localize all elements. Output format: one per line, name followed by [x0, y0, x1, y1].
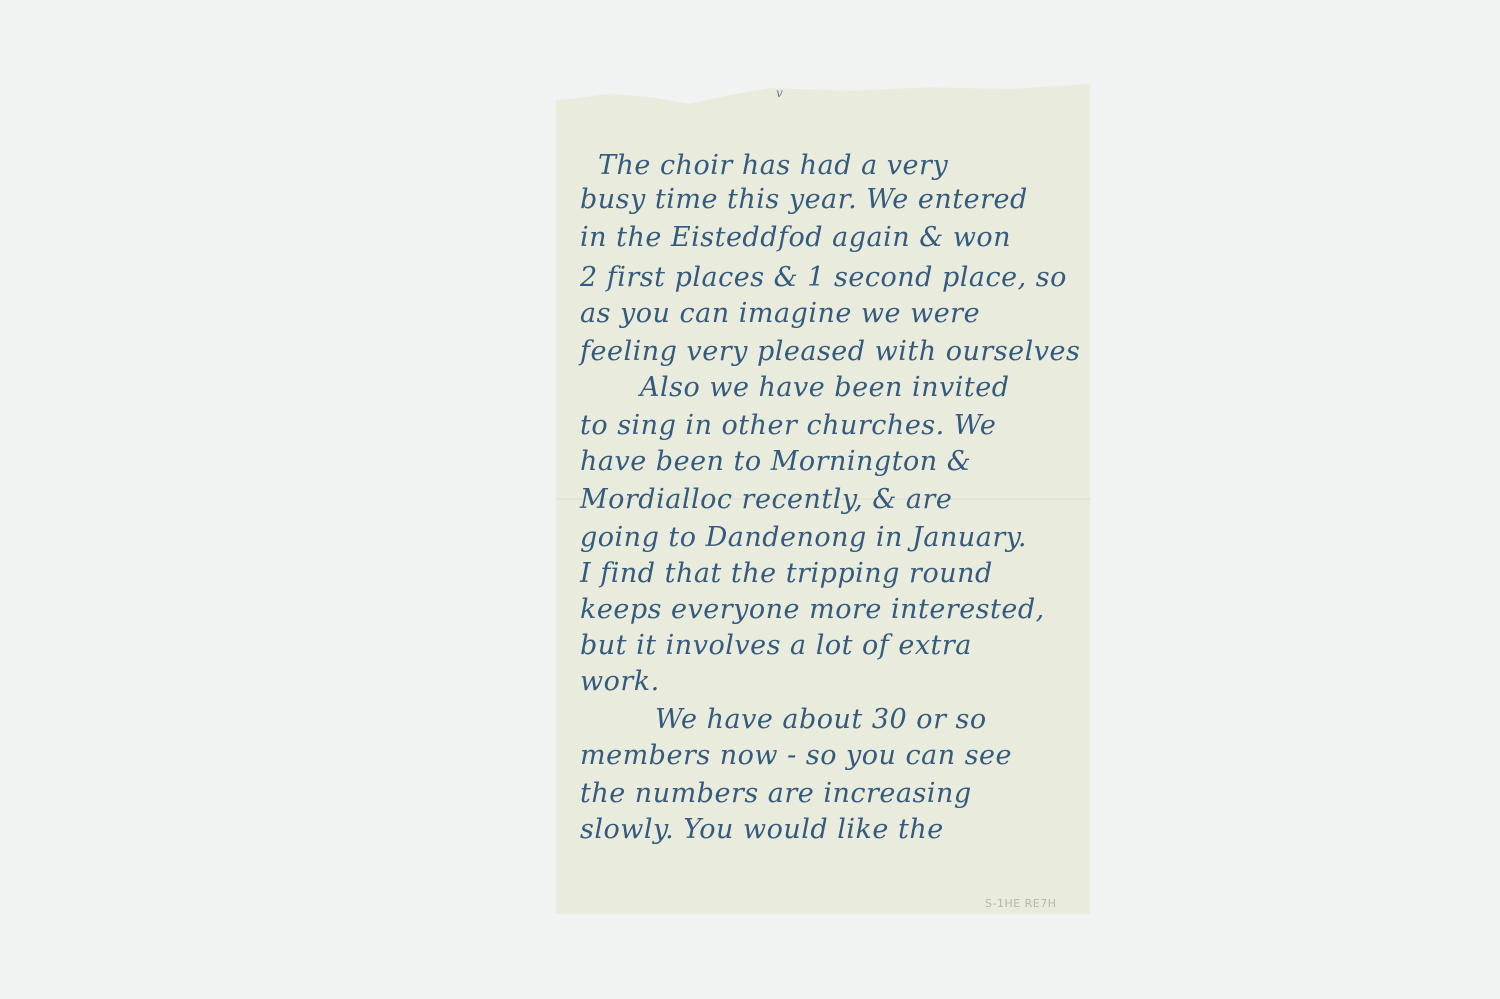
letter-line: but it involves a lot of extra [580, 630, 972, 661]
letter-line: Also we have been invited [640, 372, 1010, 403]
letter-line: as you can imagine we were [580, 298, 980, 329]
letter-line: going to Dandenong in January. [580, 522, 1027, 553]
letter-line: busy time this year. We entered [580, 184, 1028, 215]
letter-line: keeps everyone more interested, [580, 594, 1045, 625]
letter-line: I find that the tripping round [580, 558, 993, 589]
letter-line: Mordialloc recently, & are [580, 484, 952, 515]
letter-line: 2 first places & 1 second place, so [580, 262, 1067, 293]
letter-line: to sing in other churches. We [580, 410, 996, 441]
letter-line: members now - so you can see [580, 740, 1012, 771]
letter-line: work. [580, 666, 660, 697]
page-mark: v [776, 86, 783, 100]
letter-line: The choir has had a very [598, 150, 948, 181]
catalog-stamp: S-1HE RE7H [985, 897, 1057, 910]
letter-line: feeling very pleased with ourselves [580, 336, 1080, 367]
letter-line: slowly. You would like the [580, 814, 944, 845]
letter-line: have been to Mornington & [580, 446, 971, 477]
letter-line: in the Eisteddfod again & won [580, 222, 1011, 253]
letter-line: We have about 30 or so [655, 704, 987, 735]
letter-line: the numbers are increasing [580, 778, 972, 809]
